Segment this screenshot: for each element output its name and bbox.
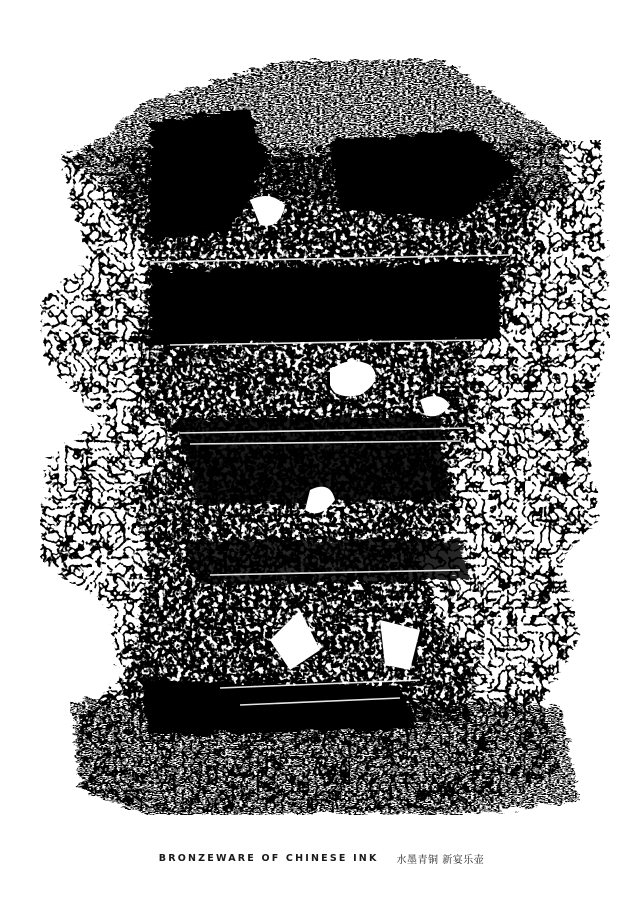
ink-rubbing-artwork bbox=[0, 0, 643, 840]
caption-title-chinese: 水墨青铜 新宴乐壶 bbox=[397, 851, 485, 866]
poster-caption: BRONZEWARE OF CHINESE INK 水墨青铜 新宴乐壶 bbox=[0, 850, 643, 866]
caption-title-english: BRONZEWARE OF CHINESE INK bbox=[159, 853, 379, 864]
poster: BRONZEWARE OF CHINESE INK 水墨青铜 新宴乐壶 bbox=[0, 0, 643, 900]
bronze-vessel-ink-image bbox=[0, 0, 643, 840]
